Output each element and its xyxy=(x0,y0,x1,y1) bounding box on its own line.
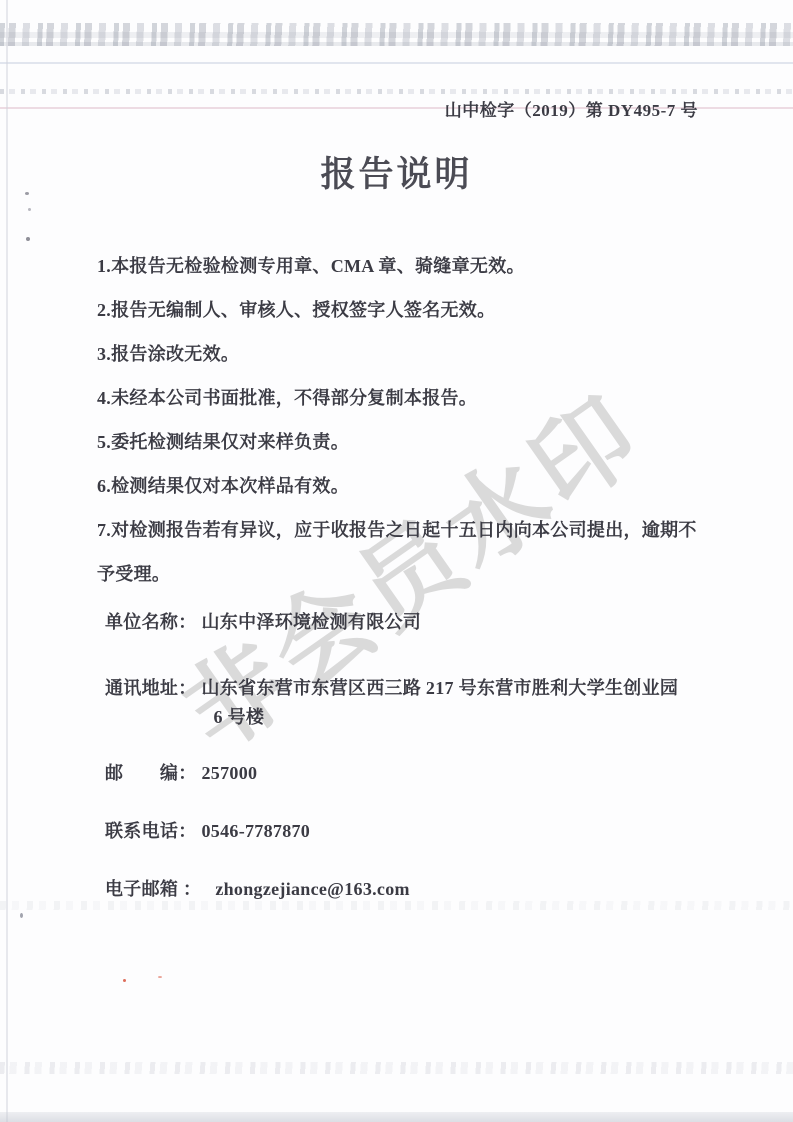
page-title: 报告说明 xyxy=(0,147,793,197)
scan-noise-band-mid xyxy=(0,89,793,94)
report-note-line-7-continued: 予受理。 xyxy=(97,552,719,596)
scan-line-upper xyxy=(0,62,793,64)
scan-speck-red xyxy=(123,979,126,982)
phone-label: 联系电话： xyxy=(105,817,197,846)
report-notes-list: 1.本报告无检验检测专用章、CMA 章、骑缝章无效。 2.报告无编制人、审核人、… xyxy=(97,244,719,596)
report-note-line-5: 5.委托检测结果仅对来样负责。 xyxy=(97,420,719,464)
contact-row-postal-code: 邮 编： 257000 xyxy=(105,759,257,788)
report-note-line-7: 7.对检测报告若有异议，应于收报告之日起十五日内向本公司提出，逾期不 xyxy=(97,508,719,552)
contact-row-phone: 联系电话： 0546-7787870 xyxy=(105,817,310,846)
scan-noise-band-bottom xyxy=(0,1062,793,1074)
address-value-line2: 6 号楼 xyxy=(202,703,727,732)
postal-code-value: 257000 xyxy=(202,759,258,788)
address-label: 通讯地址： xyxy=(105,674,197,703)
contact-row-email: 电子邮箱 ： zhongzejiance@163.com xyxy=(105,875,410,904)
scan-bottom-edge-band xyxy=(0,1112,793,1122)
contact-row-address: 通讯地址： 山东省东营市东营区西三路 217 号东营市胜利大学生创业园 6 号楼 xyxy=(105,674,727,732)
email-label: 电子邮箱 ： xyxy=(105,875,201,904)
company-name-label: 单位名称： xyxy=(105,608,197,637)
scan-noise-band-top xyxy=(0,23,793,46)
postal-code-label: 邮 编： xyxy=(105,759,197,788)
address-value-line1: 山东省东营市东营区西三路 217 号东营市胜利大学生创业园 xyxy=(202,674,727,703)
scan-speck xyxy=(28,208,31,211)
contact-row-company: 单位名称： 山东中泽环境检测有限公司 xyxy=(105,608,421,637)
report-note-line-1: 1.本报告无检验检测专用章、CMA 章、骑缝章无效。 xyxy=(97,244,719,288)
phone-value: 0546-7787870 xyxy=(202,817,311,846)
scan-speck xyxy=(26,237,30,241)
report-note-line-4: 4.未经本公司书面批准，不得部分复制本报告。 xyxy=(97,376,719,420)
scan-speck xyxy=(20,913,23,918)
scanned-report-page: 非会员水印 山中检字（2019）第 DY495-7 号 报告说明 1.本报告无检… xyxy=(0,0,793,1122)
address-value: 山东省东营市东营区西三路 217 号东营市胜利大学生创业园 6 号楼 xyxy=(202,674,727,732)
company-name-value: 山东中泽环境检测有限公司 xyxy=(202,608,422,637)
report-note-line-3: 3.报告涂改无效。 xyxy=(97,332,719,376)
report-ref-number: 山中检字（2019）第 DY495-7 号 xyxy=(445,96,698,121)
report-note-line-2: 2.报告无编制人、审核人、授权签字人签名无效。 xyxy=(97,288,719,332)
email-value: zhongzejiance@163.com xyxy=(215,875,410,904)
scan-speck-red xyxy=(158,976,162,978)
report-note-line-6: 6.检测结果仅对本次样品有效。 xyxy=(97,464,719,508)
